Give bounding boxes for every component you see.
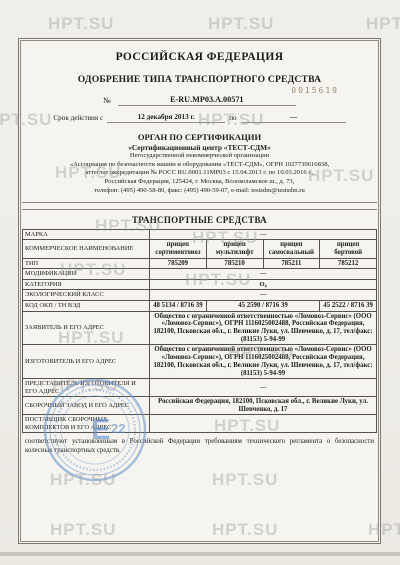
kit-supplier-value [150,415,377,433]
row-value-eco-class: — [150,290,377,301]
certification-body-line: телефон: (495) 490-58-80, факс: (495) 49… [22,187,377,196]
row-label-commercial: КОММЕРЧЕСКОЕ НАИМЕНОВАНИЕ [23,240,150,258]
document-title: ОДОБРЕНИЕ ТИПА ТРАНСПОРТНОГО СРЕДСТВА [22,74,377,85]
certification-body-name: «Сертификационный центр «ТЕСТ-СДМ» [22,143,377,152]
type-code-1: 785209 [150,258,207,269]
row-label-representative: ПРЕДСТАВИТЕЛЬ ИЗГОТОВИТЕЛЯ И ЕГО АДРЕС [23,379,150,397]
watermark-text: HPT.SU [48,14,114,34]
row-value-modifications: — [150,269,377,280]
row-label-eco-class: ЭКОЛОГИЧЕСКИЙ КЛАСС [23,290,150,301]
table-row-commercial-name: КОММЕРЧЕСКОЕ НАИМЕНОВАНИЕ прицеп сортиме… [23,240,377,258]
section-divider [22,202,377,210]
row-label-category: КАТЕГОРИЯ [23,279,150,290]
commercial-name-2: прицеп мультилифт [206,240,263,258]
table-row-category: КАТЕГОРИЯ О₄ [23,279,377,290]
certification-body-block: ОРГАН ПО СЕРТИФИКАЦИИ «Сертификационный … [22,132,377,196]
watermark-text: HPT.SU [366,14,400,34]
row-label-kit-supplier: ПОСТАВЩИК СБОРОЧНЫХ КОМПЛЕКТОВ И ЕГО АДР… [23,415,150,433]
assembly-plant-address: Российская Федерация, 182100, Псковская … [150,396,377,414]
row-value-marka: — [150,229,377,240]
page-edge-shadow [0,552,400,556]
okp-code-1: 48 5134 / 8716 39 [150,300,207,311]
applicant-address: Общество с ограниченной ответственностью… [150,311,377,345]
validity-prefix: Срок действия с [53,114,103,123]
representative-value: — [150,379,377,397]
type-code-2: 785210 [206,258,263,269]
validity-to-value: — [242,113,346,123]
table-row-assembly-plant: СБОРОЧНЫЙ ЗАВОД И ЕГО АДРЕС Российская Ф… [23,396,377,414]
okp-code-3: 45 2522 / 8716 39 [320,300,377,311]
table-row-marka: МАРКА — [23,229,377,240]
row-value-category: О₄ [150,279,377,290]
table-row-type: ТИП 785209 785210 785211 785212 [23,258,377,269]
scanned-document-page: { "watermark": { "text": "HPT.SU", "posi… [0,0,400,565]
table-row-modifications: МОДИФИКАЦИИ — [23,269,377,280]
vehicles-section-title: ТРАНСПОРТНЫЕ СРЕДСТВА [22,215,377,225]
country-heading: РОССИЙСКАЯ ФЕДЕРАЦИЯ [22,51,377,63]
certification-body-title: ОРГАН ПО СЕРТИФИКАЦИИ [22,132,377,142]
row-label-marka: МАРКА [23,229,150,240]
row-label-modifications: МОДИФИКАЦИИ [23,269,150,280]
certification-body-line: аттестат аккредитации № РОСС RU.0001.11М… [22,169,377,178]
watermark-text: HPT.SU [208,14,274,34]
document-border-frame: РОССИЙСКАЯ ФЕДЕРАЦИЯ ОДОБРЕНИЕ ТИПА ТРАН… [18,38,381,544]
vehicles-table: МАРКА — КОММЕРЧЕСКОЕ НАИМЕНОВАНИЕ прицеп… [22,229,377,434]
table-row-okp-code: КОД ОКП / ТН ВЭД 48 5134 / 8716 39 45 25… [23,300,377,311]
certification-body-line: Негосударственной некоммерческой организ… [22,152,377,161]
row-label-manufacturer: ИЗГОТОВИТЕЛЬ И ЕГО АДРЕС [23,345,150,379]
type-code-3: 785211 [263,258,320,269]
validity-to-label: по [229,114,236,123]
table-row-kit-supplier: ПОСТАВЩИК СБОРОЧНЫХ КОМПЛЕКТОВ И ЕГО АДР… [23,415,377,433]
table-row-eco-class: ЭКОЛОГИЧЕСКИЙ КЛАСС — [23,290,377,301]
type-code-4: 785212 [320,258,377,269]
form-serial-number: 0015619 [291,86,339,95]
commercial-name-1: прицеп сортиментовоз [150,240,207,258]
certification-body-line: «Ассоциация по безопасности машин и обор… [22,161,377,170]
approval-number-row: № Е-RU.МР03.А.00571 [22,95,377,106]
row-label-applicant: ЗАЯВИТЕЛЬ И ЕГО АДРЕС [23,311,150,345]
row-label-type: ТИП [23,258,150,269]
document-body: РОССИЙСКАЯ ФЕДЕРАЦИЯ ОДОБРЕНИЕ ТИПА ТРАН… [22,42,377,540]
okp-code-2: 45 2590 / 8716 39 [206,300,320,311]
row-label-assembly-plant: СБОРОЧНЫЙ ЗАВОД И ЕГО АДРЕС [23,396,150,414]
table-row-applicant: ЗАЯВИТЕЛЬ И ЕГО АДРЕС Общество с огранич… [23,311,377,345]
table-row-manufacturer: ИЗГОТОВИТЕЛЬ И ЕГО АДРЕС Общество с огра… [23,345,377,379]
validity-from-date: 12 декабря 2013 г. [107,113,225,123]
certification-body-line: Российская Федерация, 125424, г. Москва,… [22,178,377,187]
manufacturer-address: Общество с ограниченной ответственностью… [150,345,377,379]
commercial-name-4: прицеп бортовой [320,240,377,258]
validity-row: Срок действия с 12 декабря 2013 г. по — [22,113,377,123]
commercial-name-3: прицеп самосвальный [263,240,320,258]
approval-number-value: Е-RU.МР03.А.00571 [118,95,296,106]
row-label-okp: КОД ОКП / ТН ВЭД [23,300,150,311]
number-sign: № [103,96,111,106]
conformity-statement: соответствуют установленным в Российской… [25,437,374,456]
table-row-representative: ПРЕДСТАВИТЕЛЬ ИЗГОТОВИТЕЛЯ И ЕГО АДРЕС — [23,379,377,397]
